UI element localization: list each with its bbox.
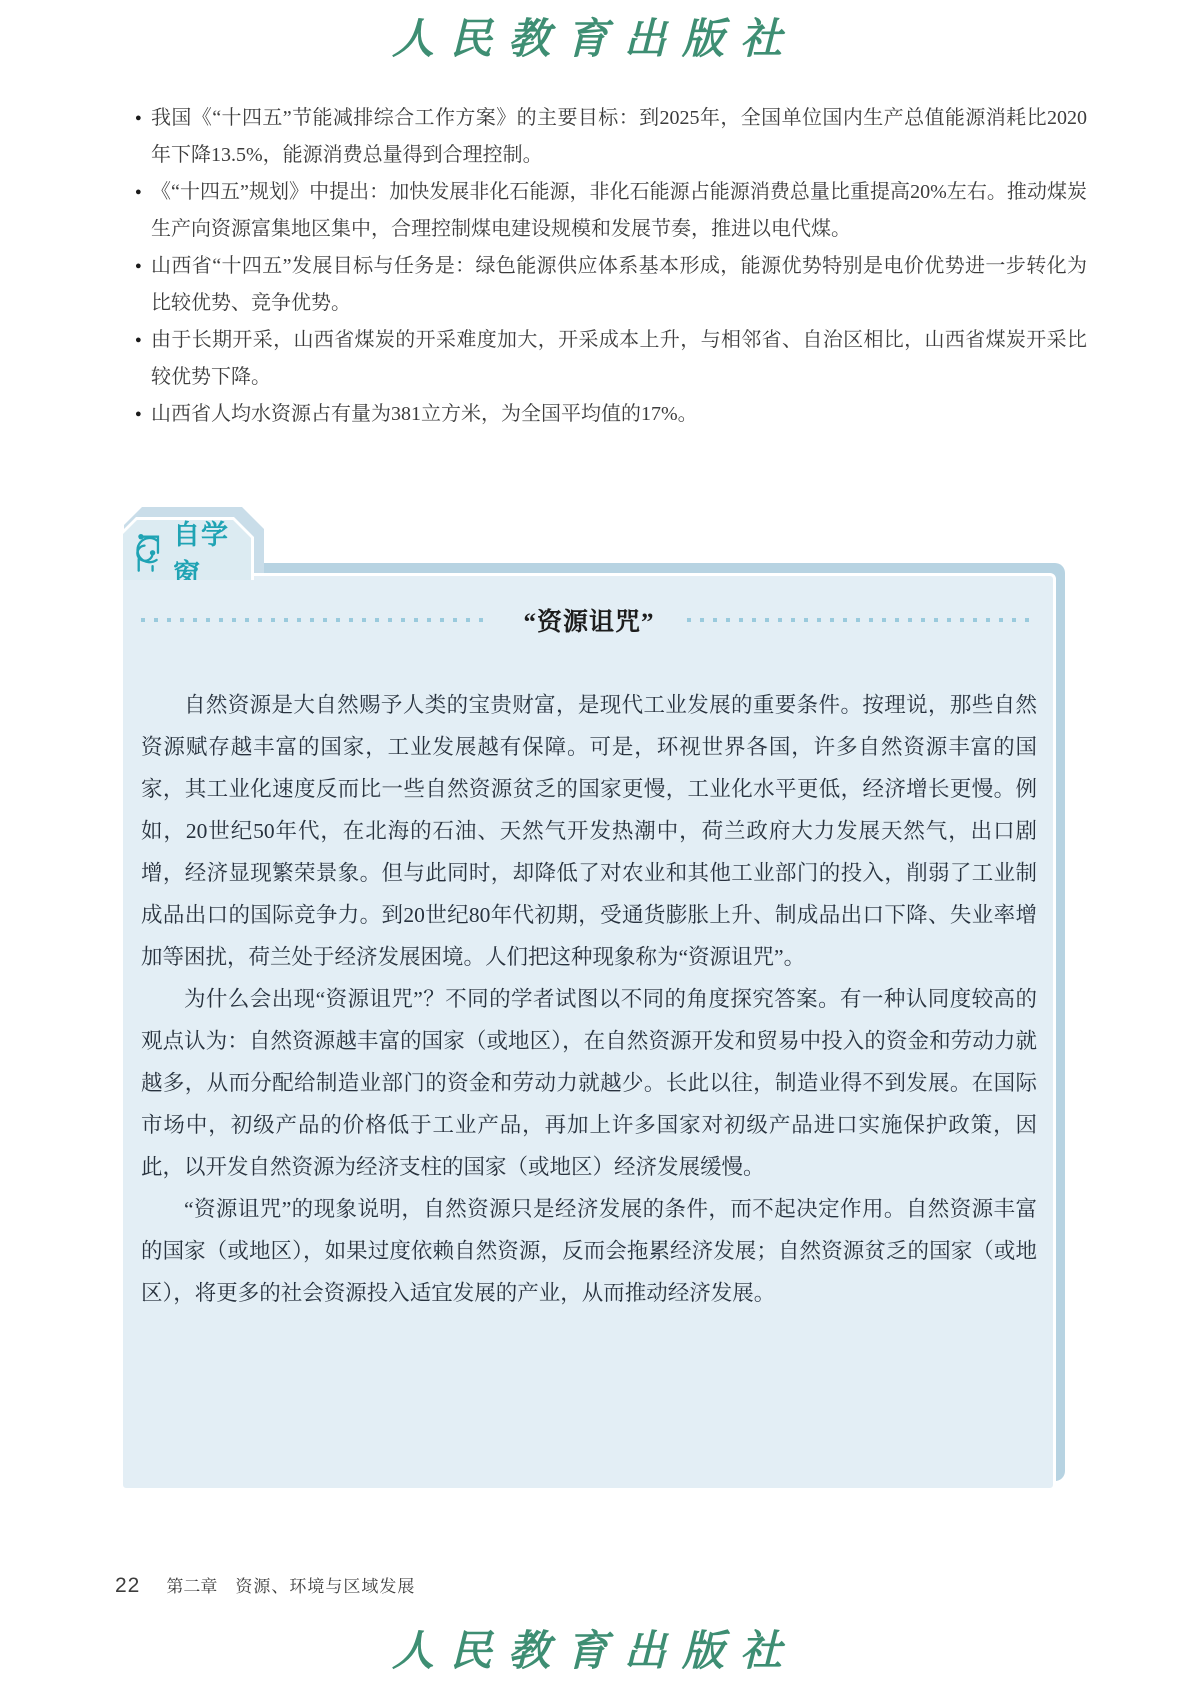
bullet-marker: ●	[135, 100, 151, 174]
dotted-rule-right	[687, 618, 1038, 622]
paragraph: 为什么会出现“资源诅咒”？不同的学者试图以不同的角度探究答案。有一种认同度较高的…	[141, 978, 1037, 1188]
bullet-text: 山西省人均水资源占有量为381立方米，为全国平均值的17%。	[151, 396, 1087, 433]
selfstudy-window-box: “资源诅咒” 自然资源是大自然赐予人类的宝贵财富，是现代工业发展的重要条件。按理…	[120, 507, 1065, 1490]
list-item: ● 由于长期开采，山西省煤炭的开采难度加大，开采成本上升，与相邻省、自治区相比，…	[135, 322, 1087, 396]
chapter-label: 第二章	[166, 1572, 217, 1597]
paragraph: “资源诅咒”的现象说明，自然资源只是经济发展的条件，而不起决定作用。自然资源丰富…	[141, 1188, 1037, 1314]
list-item: ● 山西省人均水资源占有量为381立方米，为全国平均值的17%。	[135, 396, 1087, 433]
page-footer: 22 第二章 资源、环境与区域发展	[115, 1572, 415, 1598]
bullet-marker: ●	[135, 174, 151, 248]
dotted-rule-left	[141, 618, 492, 622]
list-item: ● 《“十四五”规划》中提出：加快发展非化石能源，非化石能源占能源消费总量比重提…	[135, 174, 1087, 248]
summary-bullet-list: ● 我国《“十四五”节能减排综合工作方案》的主要目标：到2025年，全国单位国内…	[135, 100, 1087, 433]
bullet-text: 由于长期开采，山西省煤炭的开采难度加大，开采成本上升，与相邻省、自治区相比，山西…	[151, 322, 1087, 396]
publisher-logo-bottom: 人民教育出版社	[0, 1618, 1190, 1678]
bullet-text: 我国《“十四五”节能减排综合工作方案》的主要目标：到2025年，全国单位国内生产…	[151, 100, 1087, 174]
chapter-title: 资源、环境与区域发展	[235, 1572, 415, 1597]
publisher-logo-top: 人民教育出版社	[0, 6, 1190, 66]
box-body: 自然资源是大自然赐予人类的宝贵财富，是现代工业发展的重要条件。按理说，那些自然资…	[141, 684, 1037, 1314]
selfstudy-tab-face: 自学窗	[123, 520, 251, 580]
list-item: ● 我国《“十四五”节能减排综合工作方案》的主要目标：到2025年，全国单位国内…	[135, 100, 1087, 174]
bullet-marker: ●	[135, 248, 151, 322]
paragraph: 自然资源是大自然赐予人类的宝贵财富，是现代工业发展的重要条件。按理说，那些自然资…	[141, 684, 1037, 978]
list-item: ● 山西省“十四五”发展目标与任务是：绿色能源供应体系基本形成，能源优势特别是电…	[135, 248, 1087, 322]
refresh-window-icon	[132, 529, 166, 578]
selfstudy-panel: “资源诅咒” 自然资源是大自然赐予人类的宝贵财富，是现代工业发展的重要条件。按理…	[120, 573, 1056, 1491]
bullet-marker: ●	[135, 322, 151, 396]
selfstudy-tab: 自学窗	[120, 517, 254, 580]
bullet-text: 《“十四五”规划》中提出：加快发展非化石能源，非化石能源占能源消费总量比重提高2…	[151, 174, 1087, 248]
page-number: 22	[115, 1574, 140, 1598]
selfstudy-panel-content: “资源诅咒” 自然资源是大自然赐予人类的宝贵财富，是现代工业发展的重要条件。按理…	[123, 576, 1053, 1314]
bullet-marker: ●	[135, 396, 151, 433]
selfstudy-tab-label: 自学窗	[173, 513, 251, 591]
box-title: “资源诅咒”	[524, 602, 655, 638]
bullet-text: 山西省“十四五”发展目标与任务是：绿色能源供应体系基本形成，能源优势特别是电价优…	[151, 248, 1087, 322]
box-title-row: “资源诅咒”	[141, 602, 1037, 638]
